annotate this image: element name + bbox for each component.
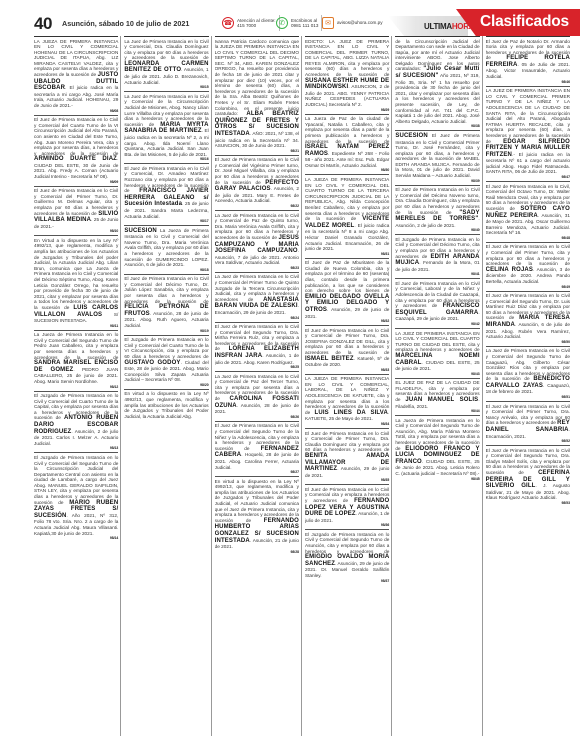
section-title: Clasificados bbox=[480, 13, 569, 31]
notice-reference: 98/31 bbox=[305, 252, 389, 256]
notice-text: La Jueza de Primera Instancia en lo Civi… bbox=[124, 228, 208, 268]
legal-notice: La Jueza de Primera Instancia en lo Civi… bbox=[395, 415, 479, 482]
legal-notice: La Juez de Primera Instancia en lo Civil… bbox=[486, 346, 570, 401]
notice-reference: 98/19 bbox=[124, 329, 208, 333]
notice-reference: 98/42 bbox=[395, 322, 479, 326]
notice-reference: 98/30 bbox=[305, 168, 389, 172]
column-5: de la Circunscripción Judicial del Depar… bbox=[395, 36, 482, 736]
notice-reference: 98/50 bbox=[486, 340, 570, 344]
deceased-name: SUCESION bbox=[124, 228, 157, 234]
classifieds-columns: LA JUEZA DE PRIMERA INSTANCIA EN LO CIVI… bbox=[34, 36, 572, 736]
notice-text: El Juez de Primera Instancia en lo Civil… bbox=[34, 117, 118, 156]
notice-reference: 98/39 bbox=[395, 179, 479, 183]
contact-value: 0981 111 013 bbox=[291, 23, 318, 28]
legal-notice: La Juez de Primera Instancia en lo Civil… bbox=[215, 210, 299, 272]
notice-text: En virtud a lo dispuesto en la Ley Nº 49… bbox=[124, 391, 208, 418]
notice-reference: 98/22 bbox=[215, 204, 299, 208]
page-number: 40 bbox=[34, 14, 52, 34]
notice-reference: 98/37 bbox=[305, 579, 389, 583]
notice-text: El Juzgado de Primera Instancia en lo Ci… bbox=[34, 455, 118, 505]
page-date: Asunción, sábado 10 de julio de 2021 bbox=[62, 19, 189, 28]
notice-reference: 98/32 bbox=[305, 319, 389, 323]
notice-reference: 98/43 bbox=[395, 372, 479, 376]
notice-reference: 98/25 bbox=[215, 365, 299, 369]
notice-text: El Juez de Primera Instancia en lo Civil… bbox=[124, 276, 208, 303]
contact-label: Atención al cliente: bbox=[237, 18, 276, 23]
notice-reference: 98/46 bbox=[486, 80, 570, 84]
notice-text: El Juez de Primera Instancia en lo Civil… bbox=[486, 244, 570, 266]
legal-notice: El Juzgado de Primera Instancia en lo Ci… bbox=[124, 335, 208, 389]
legal-notice: El Juez de Primera Instancia en lo Civil… bbox=[486, 291, 570, 346]
legal-notice: En Virtud a lo dispuesto en la Ley Nº 49… bbox=[34, 235, 118, 329]
column-3: Ivanna Patricia Cardozo comunica que la … bbox=[215, 36, 302, 736]
notice-reference: 98/34 bbox=[305, 422, 389, 426]
notice-reference: 98/40 bbox=[395, 228, 479, 232]
notice-reference: 98/35 bbox=[305, 478, 389, 482]
deceased-name: CELINA ROJAS bbox=[486, 267, 533, 273]
whatsapp-icon: ✆ bbox=[276, 17, 288, 29]
notice-text: EDICTO: LA JUEZ DE PRIMERA INSTANCIA EN … bbox=[305, 39, 389, 78]
legal-notice: En virtud a lo dispuesto en la Ley Nº 49… bbox=[124, 389, 208, 422]
deceased-name: GUSTAVO GODOY bbox=[124, 360, 180, 366]
mail-icon: ✉ bbox=[322, 17, 334, 29]
notice-reference: 98/08 bbox=[34, 109, 118, 113]
notice-reference: 98/48 bbox=[486, 236, 570, 240]
legal-notice: El Juez de Primera Instancia en lo Civil… bbox=[305, 325, 389, 374]
legal-notice: LA JUEZ DE PRIMERA INSTANCIA EN LO CIVIL… bbox=[395, 328, 479, 378]
legal-notice: El Juez de Primera Instancia en lo Civil… bbox=[395, 278, 479, 328]
notice-text: El Juez de Primera Instancia en lo Civil… bbox=[305, 328, 389, 355]
notice-reference: 98/29 bbox=[305, 108, 389, 112]
legal-notice: LA JUEZA DE PRIMERA INSTANCIA EN LO CIVI… bbox=[305, 374, 389, 428]
deceased-name: ISMAEL BEITEZ bbox=[305, 356, 354, 362]
deceased-name: SUCESION bbox=[395, 133, 428, 139]
legal-notice: El Juez de Primera Instancia en lo Civil… bbox=[486, 445, 570, 507]
legal-notice: El Juez de Primera Instancia en lo Civil… bbox=[215, 155, 299, 210]
legal-notice: EDICTO: LA JUEZ DE PRIMERA INSTANCIA EN … bbox=[305, 36, 389, 114]
notice-text: En virtud a lo dispuesto en la Ley Nº 49… bbox=[215, 479, 299, 523]
notice-reference: 98/11 bbox=[34, 324, 118, 328]
contact-label: Escribinos al bbox=[291, 18, 317, 23]
legal-notice: La Jueza de Paz de la ciudad de Ypacaraí… bbox=[305, 114, 389, 175]
contact-value: 415 7000 bbox=[237, 23, 256, 28]
legal-notice: El Juzgado de Primera Instancia en lo Ci… bbox=[305, 529, 389, 584]
notice-reference: 98/18 bbox=[124, 268, 208, 272]
notice-reference: 98/33 bbox=[305, 368, 389, 372]
notice-reference: 98/15 bbox=[124, 85, 208, 89]
legal-notice: La Jueza de Primera Instancia en lo Civi… bbox=[34, 330, 118, 391]
legal-notice: El Juez de Primera Instancia en lo Civil… bbox=[124, 163, 208, 225]
legal-notice: El Juez de Primera Instancia en lo Civil… bbox=[305, 428, 389, 484]
email-contact[interactable]: ✉ avisos@uhora.com.py bbox=[322, 14, 383, 32]
notice-text: La Jueza de Paz de la ciudad de Ypacaraí… bbox=[305, 116, 389, 143]
notice-text: El Juez de Paz de Mburitaten de la Ciuda… bbox=[305, 260, 389, 293]
legal-notice: El Juzgado de Primera Instancia en lo Ci… bbox=[34, 452, 118, 542]
legal-notice: El Juzgado de Primera Instancia en lo Ci… bbox=[395, 234, 479, 278]
notice-reference: 98/52 bbox=[486, 439, 570, 443]
legal-notice: LA JUEZA DE PRIMERA INSTANCIA EN LO CIVI… bbox=[305, 174, 389, 257]
notice-reference: 98/12 bbox=[34, 385, 118, 389]
legal-notice: El Juez de Paz de Notario Dr. Armando So… bbox=[486, 36, 570, 86]
notice-text: LA JUEZ DE PRIMERA INSTANCIA EN LO CIVIL… bbox=[486, 88, 570, 143]
notice-reference: 98/10 bbox=[34, 229, 118, 233]
notice-reference: 98/24 bbox=[215, 316, 299, 320]
notice-reference: 98/53 bbox=[486, 501, 570, 505]
legal-notice: La Juez de Primera Instancia en lo Civil… bbox=[124, 36, 208, 91]
notice-reference: 98/17 bbox=[124, 219, 208, 223]
notice-text: LA JUEZ DE PRIMERA INSTANCIA EN LO CIVIL… bbox=[395, 331, 479, 353]
notice-reference: 98/41 bbox=[395, 272, 479, 276]
legal-notice: El Juez de Primera Instancia en lo Civil… bbox=[124, 274, 208, 335]
column-6: El Juez de Paz de Notario Dr. Armando So… bbox=[486, 36, 572, 736]
legal-notice: de la Circunscripción Judicial del Depar… bbox=[395, 36, 479, 130]
legal-notice: LA JUEZA DE PRIMERA INSTANCIA EN LO CIVI… bbox=[34, 36, 118, 115]
column-2: La Juez de Primera Instancia en lo Civil… bbox=[124, 36, 211, 736]
legal-notice: El Juzgado de Primera Instancia en lo Ci… bbox=[34, 391, 118, 453]
notice-text: El Juzgado de Primera Instancia en lo Ci… bbox=[305, 532, 389, 554]
notice-reference: 98/09 bbox=[34, 180, 118, 184]
page-header: 40 Asunción, sábado 10 de julio de 2021 … bbox=[0, 0, 580, 36]
legal-notice: La Juez de Primera Instancia en lo Civil… bbox=[215, 371, 299, 421]
column-1: LA JUEZA DE PRIMERA INSTANCIA EN LO CIVI… bbox=[34, 36, 121, 736]
notice-reference: 98/16 bbox=[124, 157, 208, 161]
legal-notice: El Juez de Primera Instancia en lo Civil… bbox=[486, 401, 570, 445]
notice-reference: 98/44 bbox=[395, 409, 479, 413]
notice-reference: 98/38 bbox=[395, 124, 479, 128]
legal-notice: El Juez de Primera Instancia en lo Civil… bbox=[215, 322, 299, 372]
legal-notice: La Juez de Primera Instancia en lo Civil… bbox=[124, 91, 208, 163]
notice-reference: 98/23 bbox=[215, 266, 299, 270]
notice-reference: 98/20 bbox=[124, 383, 208, 387]
deceased-name: JUAN MANUEL SOLIS bbox=[405, 397, 478, 403]
notice-text: El Juez de Primera Instancia en lo Civil… bbox=[305, 431, 389, 453]
phone-icon: ☎ bbox=[222, 17, 234, 29]
notice-reference: 98/47 bbox=[486, 175, 570, 179]
notice-reference: 98/26 bbox=[215, 415, 299, 419]
notice-reference: 98/27 bbox=[215, 470, 299, 474]
legal-notice: El Juez de Paz de Mburitaten de la Ciuda… bbox=[305, 258, 389, 325]
notice-reference: 98/28 bbox=[215, 550, 299, 554]
legal-notice: La Juez de Primera Instancia en lo Civil… bbox=[215, 272, 299, 322]
legal-notice: El Juez de Primera Instancia en lo Civil… bbox=[486, 242, 570, 291]
notice-text: La Jueza de Primera Instancia en lo Civi… bbox=[34, 332, 118, 359]
notice-reference: 98/49 bbox=[486, 285, 570, 289]
legal-notice: El Juez de Primera Instancia en lo Civil… bbox=[34, 115, 118, 186]
notice-reference: 98/21 bbox=[215, 149, 299, 153]
legal-notice: El Juez de Primera Instancia en lo Civil… bbox=[395, 185, 479, 235]
notice-reference: 98/13 bbox=[34, 446, 118, 450]
legal-notice: El Juez de Primera Instancia en lo Civil… bbox=[305, 484, 389, 529]
notice-reference: 98/45 bbox=[395, 477, 479, 481]
deceased-name: ARMINDO DUARTE DIAZ bbox=[34, 156, 117, 162]
notice-text: Ivanna Patricia Cardozo comunica que la … bbox=[215, 39, 299, 117]
notice-text: En Virtud a lo dispuesto en la Ley Nº 49… bbox=[34, 238, 118, 310]
legal-notice: El Juez de Primera Instancia en lo Civil… bbox=[215, 421, 299, 476]
contact-value: avisos@uhora.com.py bbox=[337, 20, 383, 25]
notice-reference: 98/14 bbox=[34, 536, 118, 540]
legal-notice: En virtud a lo dispuesto en la Ley Nº 49… bbox=[215, 476, 299, 556]
notice-reference: 98/51 bbox=[486, 395, 570, 399]
legal-notice: El Juez de Primera Instancia en lo Civil… bbox=[486, 181, 570, 242]
legal-notice: SUCESION El Juez de Primera Instancia en… bbox=[395, 130, 479, 184]
whatsapp-contact[interactable]: ✆ Escribinos al0981 111 013 bbox=[276, 14, 318, 32]
notice-text: LA JUEZA DE PRIMERA INSTANCIA EN LO CIVI… bbox=[305, 177, 389, 221]
legal-notice: EL JUEZ DE PAZ DE LA CIUDAD DE FILADELFI… bbox=[395, 378, 479, 415]
column-4: EDICTO: LA JUEZ DE PRIMERA INSTANCIA EN … bbox=[305, 36, 392, 736]
notice-text: El Juzgado de Primera Instancia en lo Ci… bbox=[124, 337, 208, 359]
notice-reference: 98/36 bbox=[305, 523, 389, 527]
notice-text: El Juez de Primera Instancia en lo Civil… bbox=[395, 133, 479, 178]
deceased-name: LUIS LINES DA SILVA bbox=[315, 410, 388, 416]
notice-text: Año 2021, Nº 319, Folio 35, Sria. Nº 1 h… bbox=[395, 73, 479, 124]
legal-notice: SUCESION La Jueza de Primera Instancia e… bbox=[124, 225, 208, 274]
legal-notice: El Juez de Primera Instancia en lo Civil… bbox=[34, 186, 118, 236]
legal-notice: LA JUEZ DE PRIMERA INSTANCIA EN LO CIVIL… bbox=[486, 86, 570, 181]
legal-notice: Ivanna Patricia Cardozo comunica que la … bbox=[215, 36, 299, 155]
notice-text: La Juez de Primera Instancia en lo Civil… bbox=[124, 39, 208, 61]
customer-service-contact[interactable]: ☎ Atención al cliente:415 7000 bbox=[222, 14, 276, 32]
